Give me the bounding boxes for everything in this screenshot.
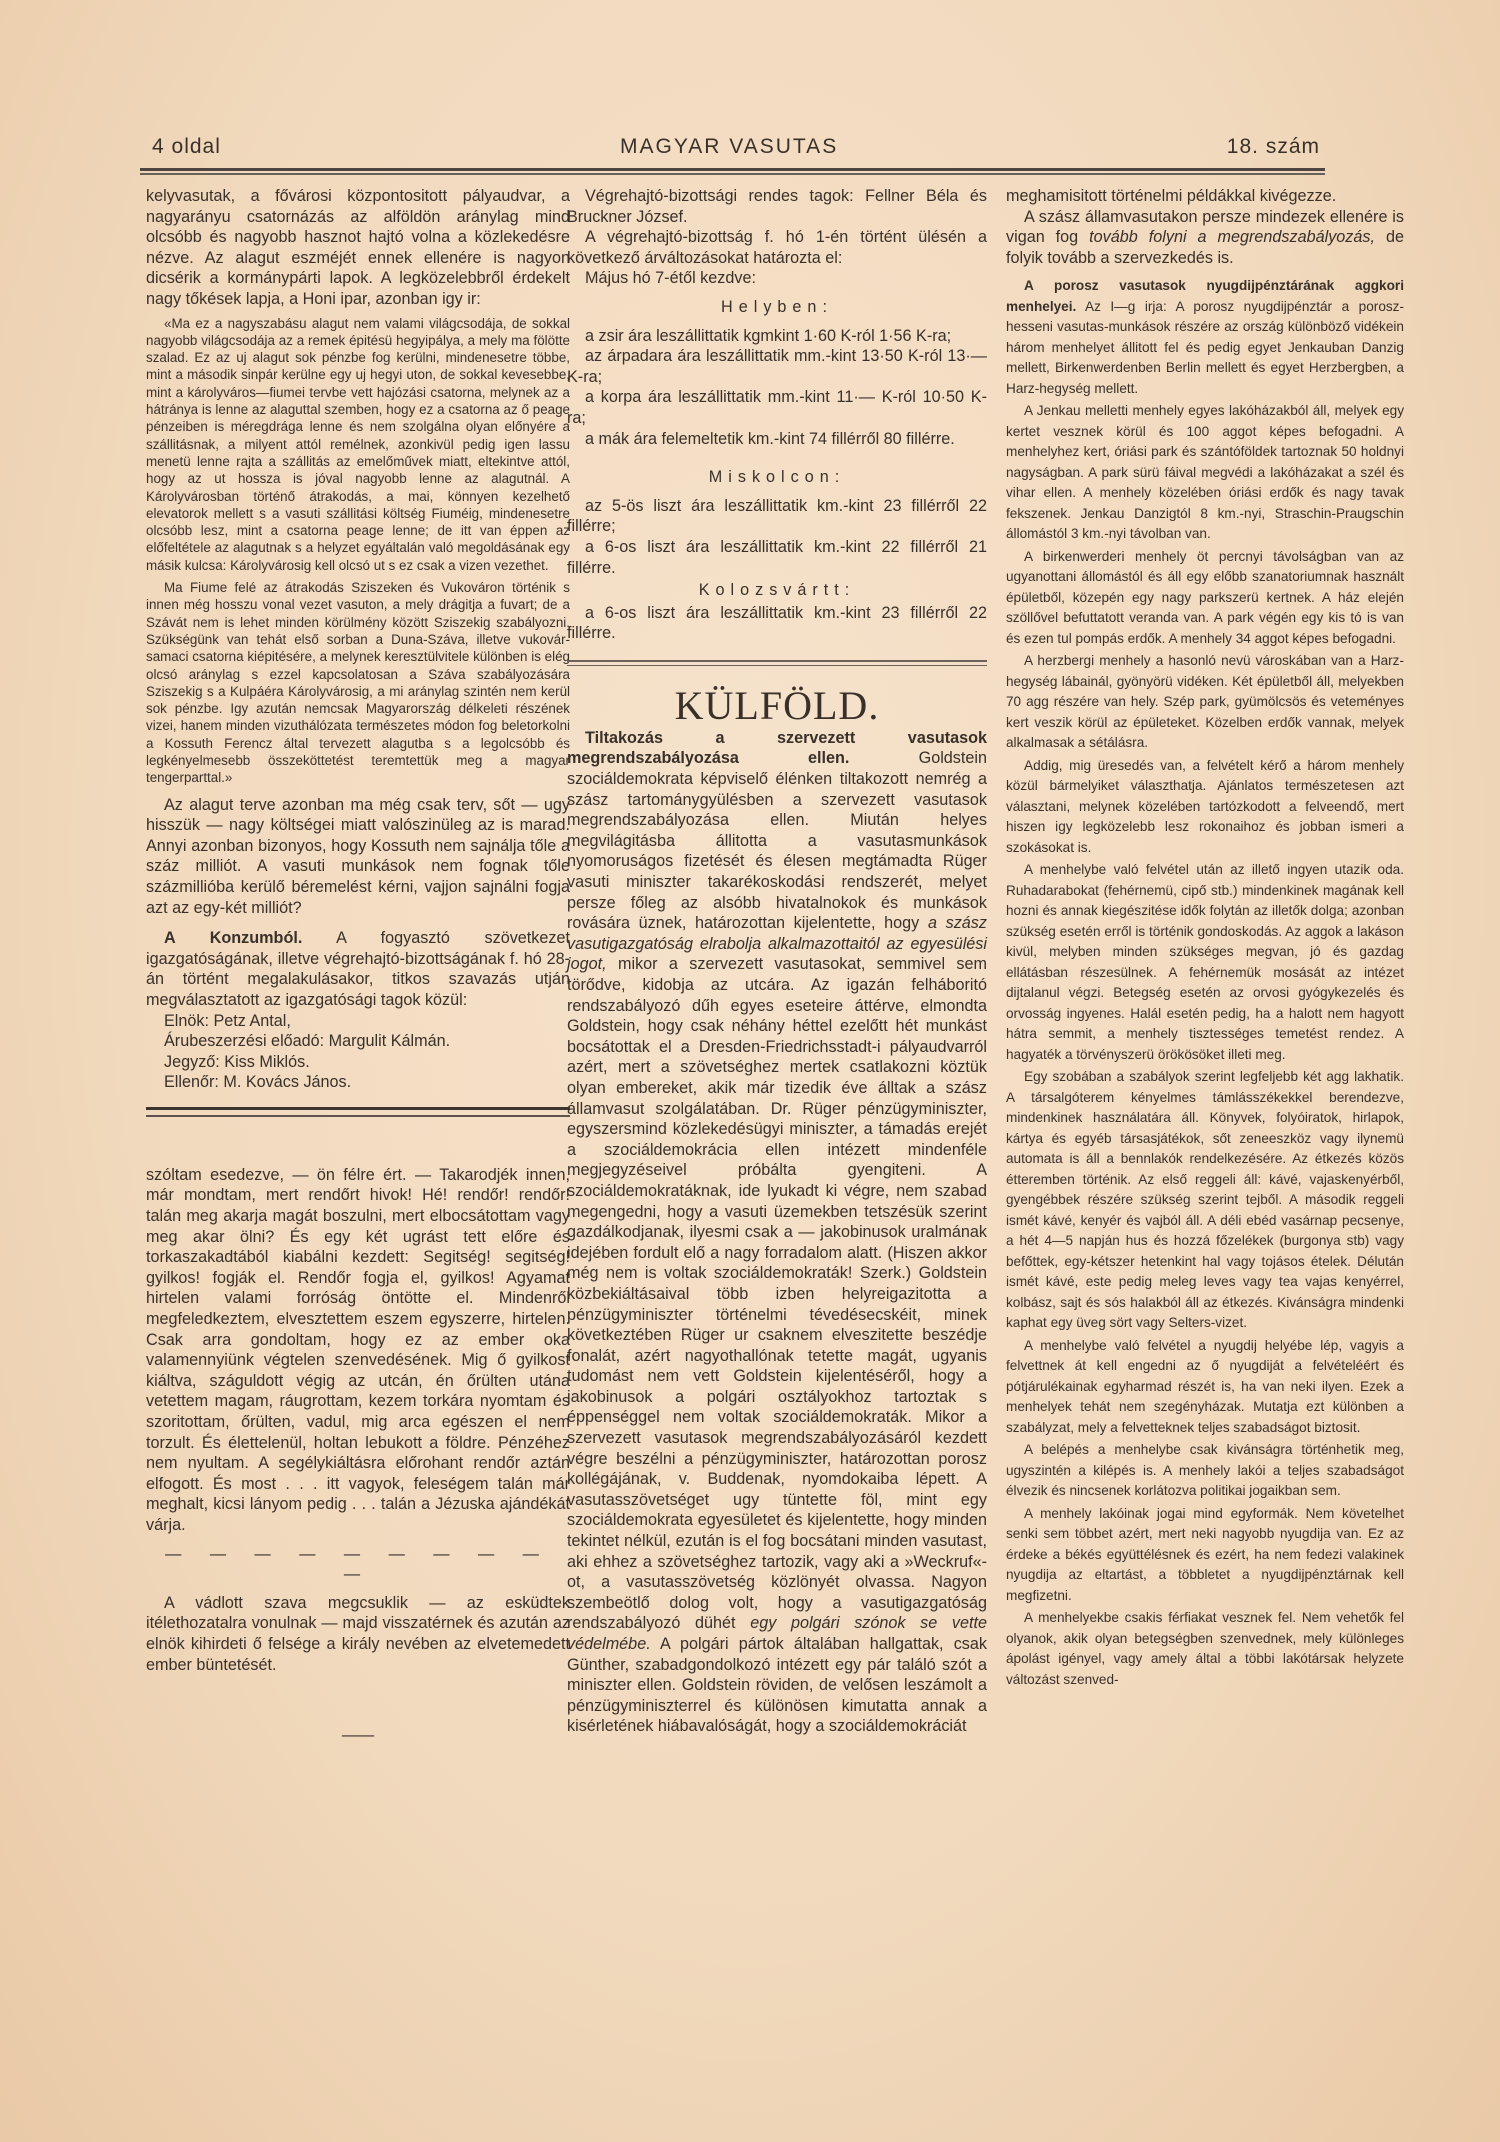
- paragraph: A belépés a menhelybe csak kivánságra tö…: [1006, 1440, 1404, 1502]
- column-3: meghamisitott történelmi példákkal kivég…: [1006, 186, 1404, 1690]
- effective-date: Május hó 7-étől kezdve:: [567, 268, 987, 289]
- column-1: kelyvasutak, a fővárosi központositott p…: [146, 186, 570, 1746]
- paragraph: A menhely lakóinak jogai mind egyformák.…: [1006, 1504, 1404, 1607]
- place-heading-kolozsvar: Kolozsvártt:: [567, 580, 987, 601]
- page-number: 4 oldal: [152, 135, 221, 159]
- price-item: a zsir ára leszállittatik kgmkint 1·60 K…: [567, 326, 987, 347]
- quoted-passage-1: «Ma ez a nagyszabásu alagut nem valami v…: [146, 315, 570, 574]
- officer-3: Jegyző: Kiss Miklós.: [146, 1052, 570, 1073]
- paragraph: A herzbergi menhely a hasonló nevü város…: [1006, 651, 1404, 754]
- paragraph: A Jenkau melletti menhely egyes lakóháza…: [1006, 401, 1404, 545]
- article-tiltakozas: Tiltakozás a szervezett vasutasok megren…: [567, 728, 987, 1737]
- column-2: Végrehajtó-bizottsági rendes tagok: Fell…: [567, 186, 987, 1737]
- story-closing: A vádlott szava megcsuklik — az esküdtek…: [146, 1593, 570, 1675]
- article-conclusion: A szász államvasutakon persze mindezek e…: [1006, 207, 1404, 269]
- section-divider: [146, 1107, 570, 1117]
- place-heading-helyben: Helyben:: [567, 297, 987, 318]
- committee-members: Végrehajtó-bizottsági rendes tagok: Fell…: [567, 186, 987, 227]
- header-rule: [140, 168, 1325, 175]
- konzum-heading: A Konzumból.: [164, 929, 302, 947]
- paragraph: A menhelyekbe csakis férfiakat vesznek f…: [1006, 1608, 1404, 1690]
- end-mark: ——: [146, 1725, 570, 1746]
- article-text: mikor a szervezett vasutasokat, semmivel…: [567, 955, 987, 1632]
- emphasis: tovább folyni a megrendszabályozás,: [1089, 228, 1375, 246]
- menhely-article: A porosz vasutasok nyugdijpénztárának ag…: [1006, 276, 1404, 1690]
- konzum-paragraph: A Konzumból. A fogyasztó szövetkezet iga…: [146, 928, 570, 1010]
- dash-separator: — — — — — — — — — —: [146, 1544, 570, 1585]
- issue-number: 18. szám: [1227, 135, 1320, 159]
- page-header: 4 oldal MAGYAR VASUTAS 18. szám: [150, 132, 1320, 162]
- newspaper-page: 4 oldal MAGYAR VASUTAS 18. szám kelyvasu…: [0, 0, 1500, 2142]
- paragraph: Egy szobában a szabályok szerint legfelj…: [1006, 1067, 1404, 1334]
- price-item: az árpadara ára leszállittatik mm.-kint …: [567, 346, 987, 387]
- committee-decision: A végrehajtó-bizottság f. hó 1-én történ…: [567, 227, 987, 268]
- menhely-intro: A porosz vasutasok nyugdijpénztárának ag…: [1006, 276, 1404, 399]
- place-heading-miskolc: Miskolcon:: [567, 467, 987, 488]
- officer-2: Árubeszerzési előadó: Margulit Kálmán.: [146, 1031, 570, 1052]
- officer-1: Elnök: Petz Antal,: [146, 1011, 570, 1032]
- paragraph: A birkenwerderi menhely öt percnyi távol…: [1006, 547, 1404, 650]
- article-text: Goldstein szociáldemokrata képviselő élé…: [567, 749, 987, 932]
- price-item: a mák ára felemeltetik km.-kint 74 fillé…: [567, 429, 987, 450]
- price-item: a 6-os liszt ára leszállittatik km.-kint…: [567, 537, 987, 578]
- price-item: a 6-os liszt ára leszállittatik km.-kint…: [567, 603, 987, 644]
- masthead-title: MAGYAR VASUTAS: [620, 135, 838, 159]
- article-continuation: kelyvasutak, a fővárosi központositott p…: [146, 186, 570, 310]
- quoted-passage-2: Ma Fiume felé az átrakodás Sziszeken és …: [146, 579, 570, 787]
- price-item: az 5-ös liszt ára leszállittatik km.-kin…: [567, 496, 987, 537]
- section-title-kulfold: KÜLFÖLD.: [567, 684, 987, 728]
- paragraph-alagut: Az alagut terve azonban ma még csak terv…: [146, 795, 570, 919]
- story-text: szóltam esedezve, — ön félre ért. — Taka…: [146, 1165, 570, 1536]
- paragraph: A menhelybe való felvétel a nyugdij hely…: [1006, 1336, 1404, 1439]
- paragraph: A menhelybe való felvétel után az illető…: [1006, 860, 1404, 1065]
- article-continuation: meghamisitott történelmi példákkal kivég…: [1006, 186, 1404, 207]
- officer-4: Ellenőr: M. Kovács János.: [146, 1072, 570, 1093]
- section-divider: [567, 660, 987, 666]
- price-item: a korpa ára leszállittatik mm.-kint 11·—…: [567, 387, 987, 428]
- paragraph: Addig, mig üresedés van, a felvételt kér…: [1006, 756, 1404, 859]
